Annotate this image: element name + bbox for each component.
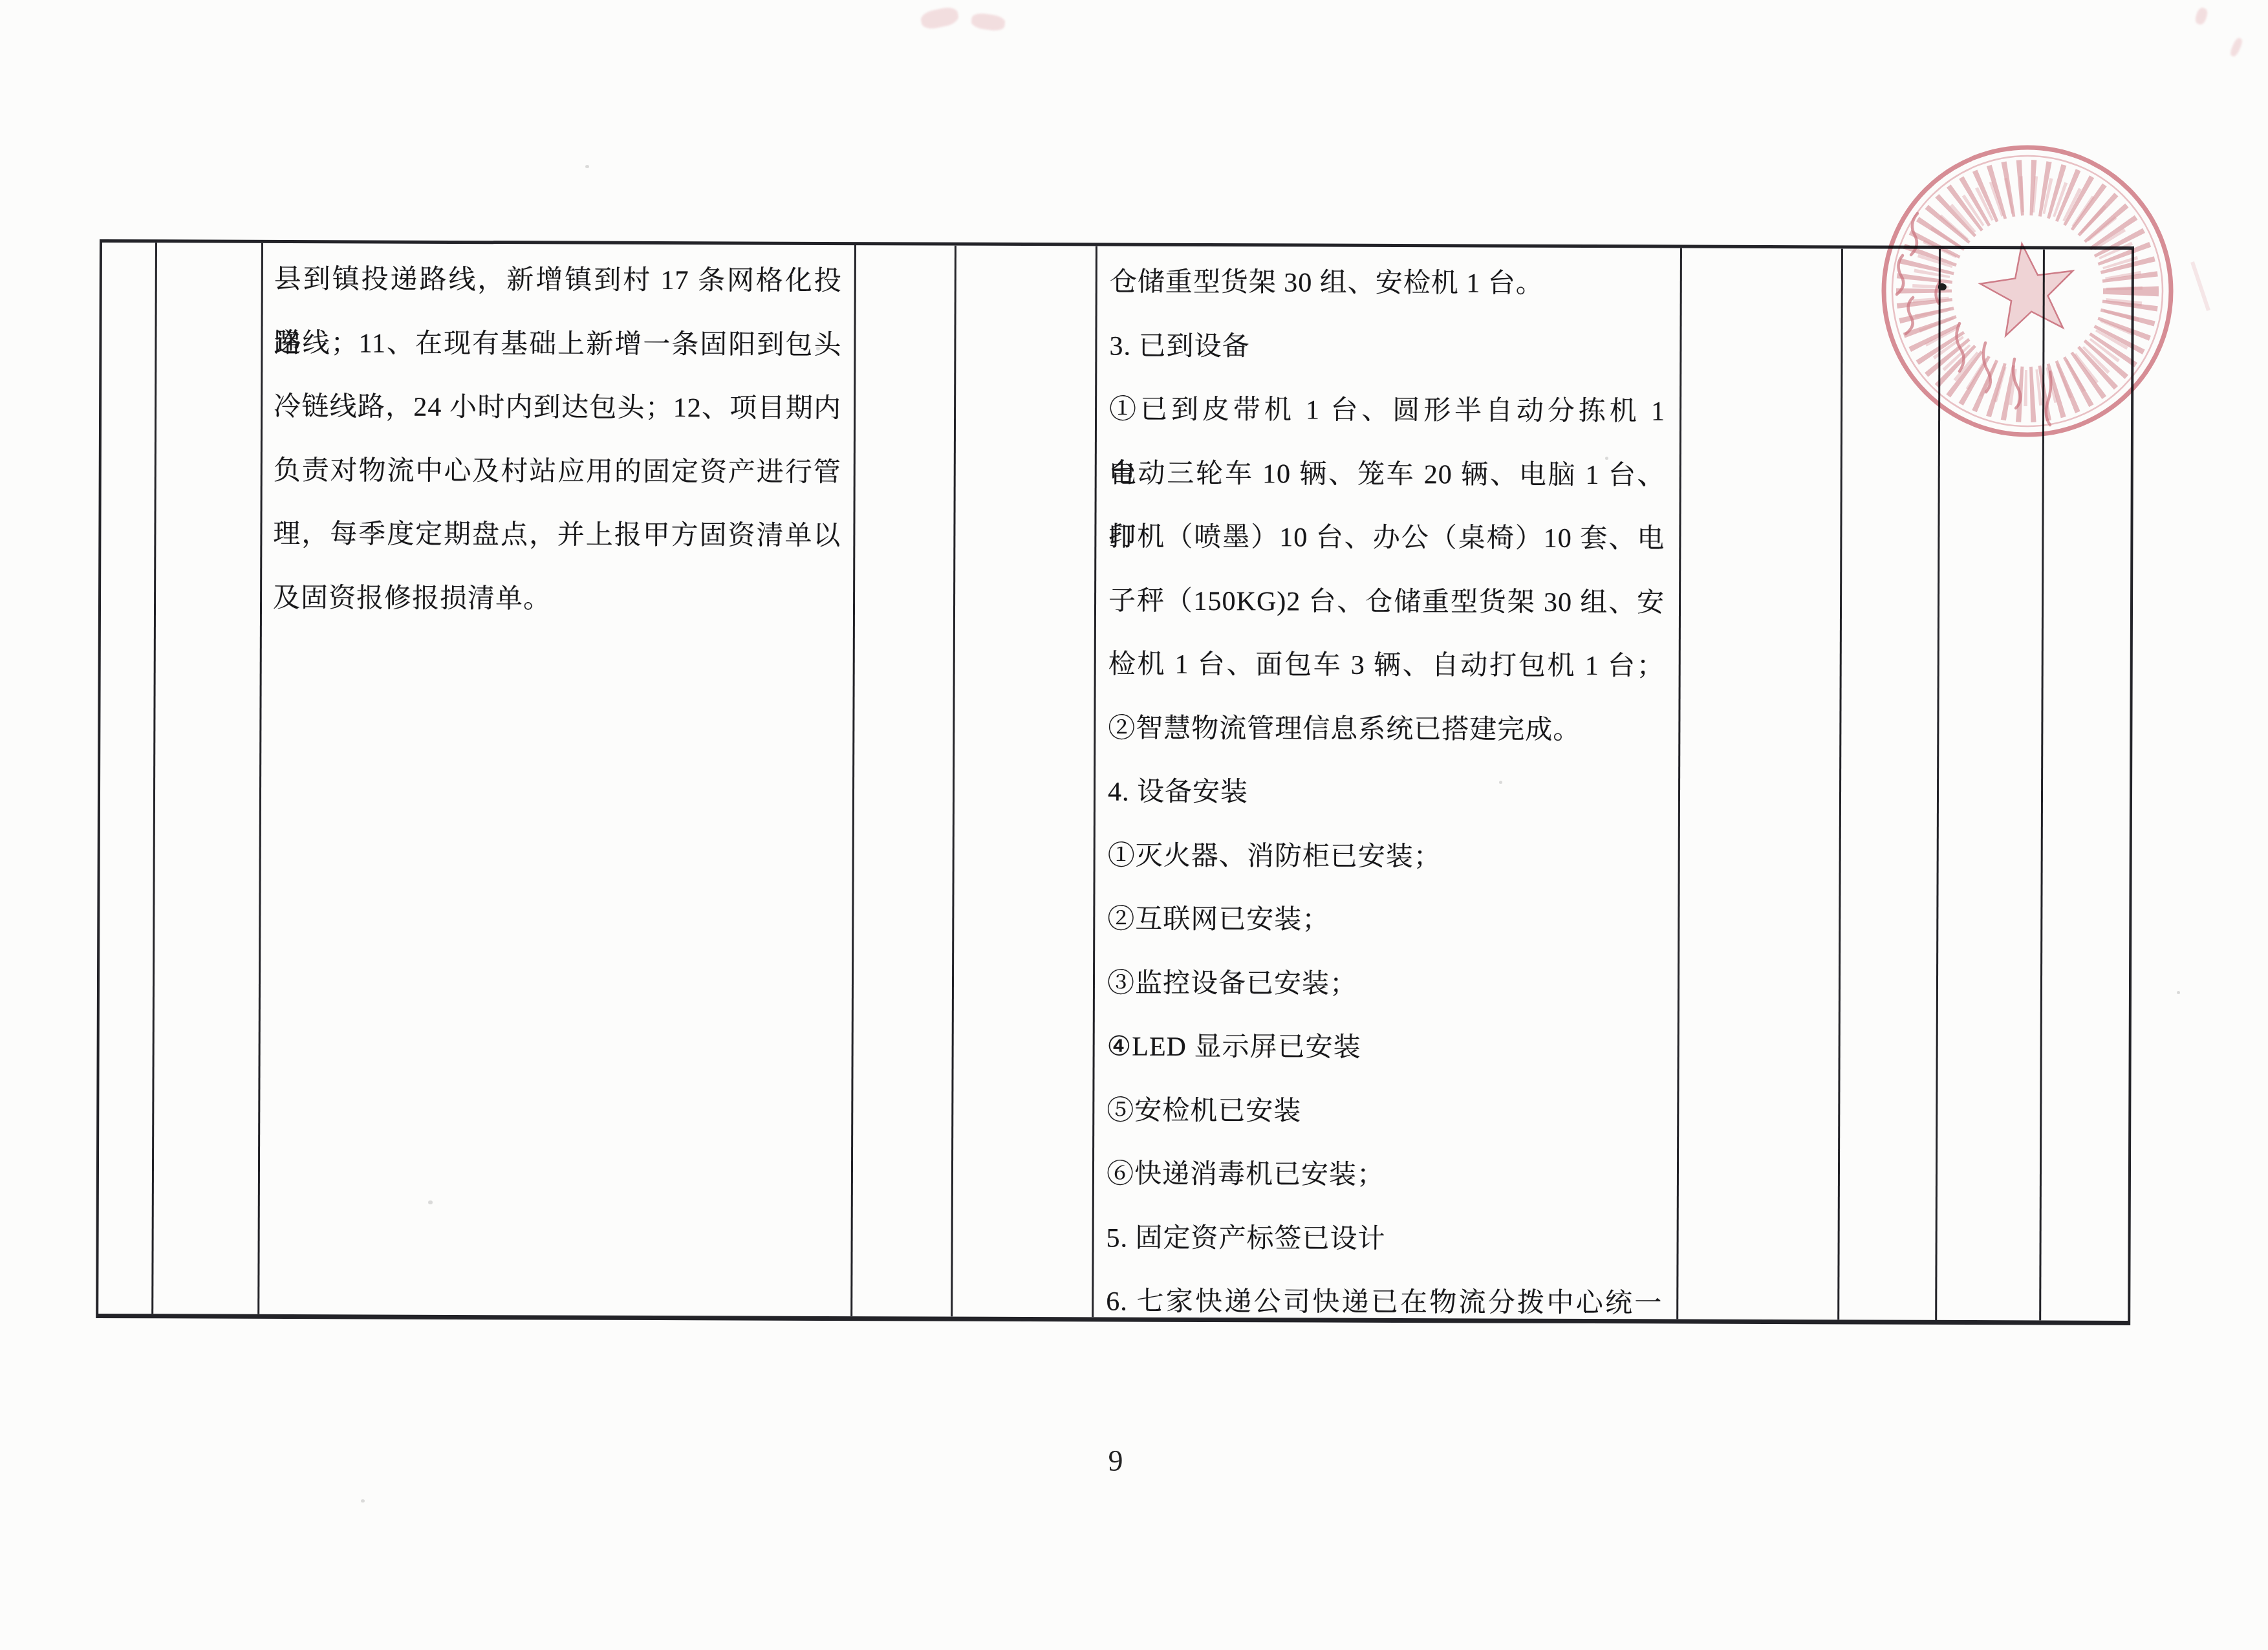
table-column-divider xyxy=(951,246,956,1317)
text-line: 理，每季度定期盘点，并上报甲方固资清单以 xyxy=(273,503,841,569)
red-smudge-artifact xyxy=(2229,37,2243,58)
text-line: 子秤（150KG)2 台、仓储重型货架 30 组、安 xyxy=(1108,569,1665,635)
table-column-divider xyxy=(1935,249,1941,1320)
text-line: 5. 固定资产标签已设计 xyxy=(1106,1206,1662,1272)
text-line: 仓储重型货架 30 组、安检机 1 台。 xyxy=(1110,250,1666,316)
ink-dot-artifact xyxy=(1938,283,1947,290)
text-line: ④LED 显示屏已安装 xyxy=(1107,1015,1663,1081)
seal-smudge-streak xyxy=(2192,262,2209,310)
scan-speck xyxy=(1605,457,1608,460)
table-column-divider xyxy=(1092,246,1097,1317)
text-line: ②互联网已安装； xyxy=(1107,887,1663,953)
red-smudge-artifact xyxy=(971,12,1006,32)
scan-speck xyxy=(428,1200,433,1204)
text-line: 县到镇投递路线，新增镇到村 17 条网格化投递 xyxy=(274,248,842,314)
red-smudge-artifact xyxy=(920,5,960,30)
text-line: 4. 设备安装 xyxy=(1108,760,1664,826)
text-line: ①灭火器、消防柜已安装； xyxy=(1108,824,1664,890)
table-column-divider xyxy=(151,243,157,1314)
text-line: 印机（喷墨）10 台、办公（桌椅）10 套、电 xyxy=(1108,505,1665,571)
text-line: 路线；11、在现有基础上新增一条固阳到包头 xyxy=(274,311,841,377)
text-line: ⑥快递消毒机已安装； xyxy=(1107,1142,1663,1208)
scan-speck xyxy=(816,347,820,351)
red-smudge-artifact xyxy=(2194,6,2209,26)
text-line: 冷链线路，24 小时内到达包头；12、项目期内 xyxy=(274,375,841,441)
text-line: ③监控设备已安装； xyxy=(1107,951,1663,1017)
scan-speck xyxy=(2177,991,2180,994)
text-line: ⑤安检机已安装 xyxy=(1107,1079,1663,1145)
text-line: ①已到皮带机 1 台、圆形半自动分拣机 1 台、 xyxy=(1109,378,1665,444)
contract-table: 县到镇投递路线，新增镇到村 17 条网格化投递路线；11、在现有基础上新增一条固… xyxy=(96,239,2134,1325)
scan-speck xyxy=(585,165,589,168)
cell-completion-status-text: 仓储重型货架 30 组、安检机 1 台。3. 已到设备①已到皮带机 1 台、圆形… xyxy=(1106,250,1666,1335)
text-line: 检机 1 台、面包车 3 辆、自动打包机 1 台； xyxy=(1108,633,1665,699)
table-column-divider xyxy=(850,245,856,1316)
scan-speck xyxy=(361,1499,365,1503)
table-column-divider xyxy=(1837,248,1843,1319)
text-line: 3. 已到设备 xyxy=(1109,314,1665,380)
text-line: 电动三轮车 10 辆、笼车 20 辆、电脑 1 台、打 xyxy=(1109,442,1665,508)
cell-obligations-text: 县到镇投递路线，新增镇到村 17 条网格化投递路线；11、在现有基础上新增一条固… xyxy=(273,248,842,632)
scan-speck xyxy=(1499,781,1502,784)
text-line: 负责对物流中心及村站应用的固定资产进行管 xyxy=(274,439,841,505)
table-column-divider xyxy=(1676,248,1682,1319)
scanned-document-page: 县到镇投递路线，新增镇到村 17 条网格化投递路线；11、在现有基础上新增一条固… xyxy=(0,0,2268,1650)
table-column-divider xyxy=(257,243,263,1314)
text-line: 6. 七家快递公司快递已在物流分拨中心统一 xyxy=(1106,1270,1662,1336)
page-number: 9 xyxy=(1093,1444,1138,1478)
table-column-divider xyxy=(2039,249,2045,1320)
text-line: 及固资报修报损清单。 xyxy=(273,566,841,632)
text-line: ②智慧物流管理信息系统已搭建完成。 xyxy=(1108,697,1664,763)
